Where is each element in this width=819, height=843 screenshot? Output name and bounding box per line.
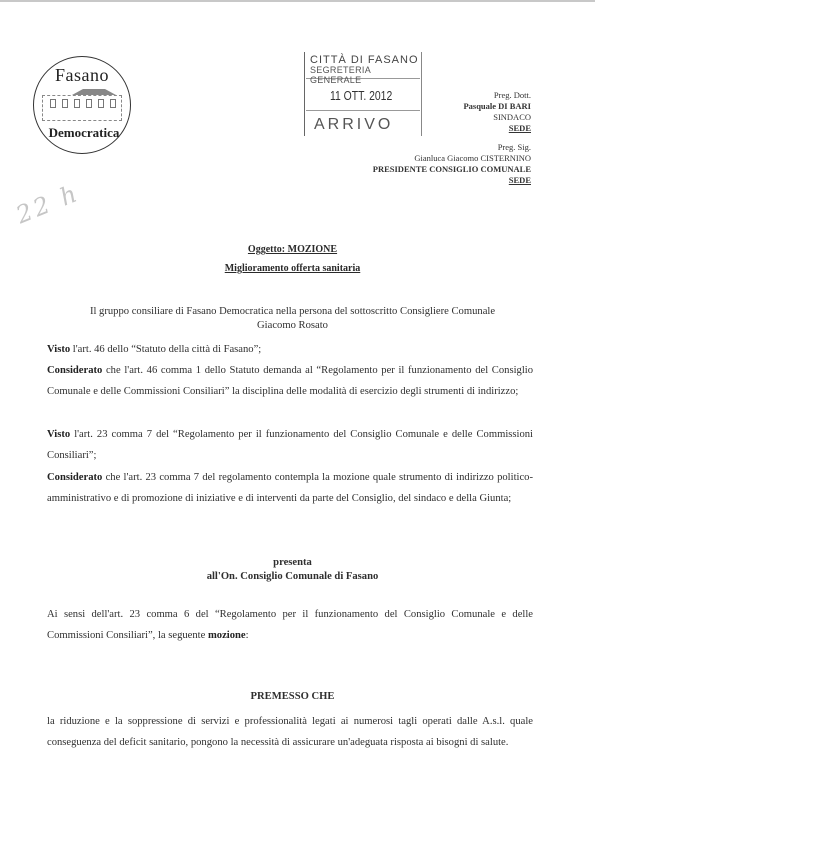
recipient-council-president: Preg. Sig. Gianluca Giacomo CISTERNINO P… [373,142,531,186]
premesso-paragraph: la riduzione e la soppressione di serviz… [47,711,533,754]
logo-top-text: Fasano [34,65,130,86]
recital-lead: Considerato [47,472,102,483]
building-icon [42,89,122,123]
subject-heading: Oggetto: MOZIONE [0,244,585,255]
recipient-role: SINDACO [463,112,531,123]
recital-lead: Considerato [47,365,102,376]
intro-line: Il gruppo consiliare di Fasano Democrati… [0,306,585,317]
stamp-status: ARRIVO [314,116,393,134]
subject-title: Miglioramento offerta sanitaria [0,263,585,274]
recipient-salutation: Preg. Dott. [463,90,531,101]
ai-sensi-text: Ai sensi dell'art. 23 comma 6 del “Regol… [47,609,533,641]
recipient-name: Pasquale DI BARI [463,101,531,112]
recital-lead: Visto [47,429,70,440]
recital-text: l'art. 46 dello “Statuto della città di … [70,344,261,355]
ai-sensi-tail: : [246,630,249,641]
recipient-name: Gianluca Giacomo CISTERNINO [373,153,531,164]
recital-text: che l'art. 23 comma 7 del regolamento co… [47,472,533,504]
premesso-heading: PREMESSO CHE [0,691,585,702]
party-logo: Fasano Democratica [33,56,131,154]
stamp-office: SEGRETERIA GENERALE [310,65,422,85]
recital-lead: Visto [47,344,70,355]
recipient-mayor: Preg. Dott. Pasquale DI BARI SINDACO SED… [463,90,531,134]
recital-4: Considerato che l'art. 23 comma 7 del re… [47,467,533,510]
recipient-salutation: Preg. Sig. [373,142,531,153]
arrival-stamp: CITTÀ DI FASANO SEGRETERIA GENERALE 11 O… [304,52,422,136]
recital-1: Visto l'art. 46 dello “Statuto della cit… [47,339,533,360]
ai-sensi-paragraph: Ai sensi dell'art. 23 comma 6 del “Regol… [47,604,533,647]
presenta-label: presenta [0,557,585,568]
recipient-location: SEDE [463,123,531,134]
recital-text: l'art. 23 comma 7 del “Regolamento per i… [47,429,533,461]
recital-2: Considerato che l'art. 46 comma 1 dello … [47,360,533,403]
recital-3: Visto l'art. 23 comma 7 del “Regolamento… [47,424,533,467]
recipient-location: SEDE [373,175,531,186]
presenta-recipient: all'On. Consiglio Comunale di Fasano [0,571,585,582]
scan-edge [0,0,595,2]
stamp-date: 11 OTT. 2012 [330,88,392,103]
recital-text: che l'art. 46 comma 1 dello Statuto dema… [47,365,533,397]
councillor-name: Giacomo Rosato [0,320,585,331]
handwritten-note: 22 h [12,179,83,230]
logo-bottom-text: Democratica [40,125,128,141]
recipient-role: PRESIDENTE CONSIGLIO COMUNALE [373,164,531,175]
ai-sensi-bold: mozione [208,630,246,641]
